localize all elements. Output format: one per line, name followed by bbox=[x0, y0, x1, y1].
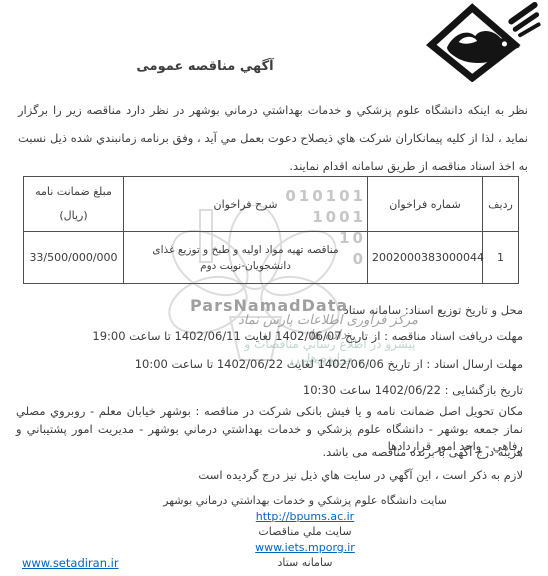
university-site-link[interactable]: http://bpums.ac.ir bbox=[256, 510, 354, 523]
page-title: آگهي مناقصه عمومی bbox=[0, 59, 410, 74]
intro-paragraph: نظر به اینکه دانشگاه علوم پزشکي و خدمات … bbox=[18, 96, 528, 180]
tender-table: ردیف شماره فراخوان شرح فراخوان مبلغ ضمان… bbox=[23, 176, 519, 284]
send-deadline-line: مهلت ارسال اسناد : از تاریخ 1402/06/06 ل… bbox=[135, 357, 523, 371]
guarantee-header-line1: مبلغ ضمانت نامه bbox=[28, 180, 119, 204]
table-row: 1 2002000383000044 مناقصه تهیه مواد اولی… bbox=[24, 232, 519, 284]
setad-site-label: سامانه ستاد bbox=[85, 555, 525, 571]
opening-date-line: تاریخ بازگشایی : 1402/06/22 ساعت 10:30 bbox=[303, 383, 523, 397]
receive-deadline-line: مهلت دریافت اسناد مناقصه : از تاریخ 1402… bbox=[92, 329, 523, 343]
distribution-line: محل و تاریخ توزیع اسناد: سامانه ستاد bbox=[344, 303, 523, 317]
col-header-description: شرح فراخوان bbox=[124, 177, 368, 232]
col-header-row-number: ردیف bbox=[483, 177, 519, 232]
table-header-row: ردیف شماره فراخوان شرح فراخوان مبلغ ضمان… bbox=[24, 177, 519, 232]
col-header-guarantee: مبلغ ضمانت نامه (ریال) bbox=[24, 177, 124, 232]
bird-diamond-logo-icon bbox=[424, 2, 542, 82]
cell-guarantee-amount: 33/500/000/000 bbox=[24, 232, 124, 284]
header-logo bbox=[424, 2, 542, 82]
tender-announcement-page: 010101 1001 10 0 ParsNamadData مرکز فرآو… bbox=[0, 0, 548, 576]
cell-description: مناقصه تهیه مواد اولیه و طبخ و توزیع غذا… bbox=[124, 232, 368, 284]
cost-note-line: هزینه درج آگهی با برنده مناقصه می باشد. bbox=[322, 445, 523, 459]
setadiran-link[interactable]: www.setadiran.ir bbox=[22, 556, 119, 570]
cell-call-number: 2002000383000044 bbox=[368, 232, 483, 284]
published-sites-list: سایت دانشگاه علوم پزشکي و خدمات بهداشتي … bbox=[85, 493, 525, 571]
national-site-link[interactable]: www.iets.mporg.ir bbox=[255, 541, 355, 554]
publish-note-line: لازم به ذکر است ، این آگهي در سایت هاي ذ… bbox=[198, 468, 523, 482]
national-site-label: سایت ملي مناقصات bbox=[85, 524, 525, 540]
cell-row-number: 1 bbox=[483, 232, 519, 284]
university-site-label: سایت دانشگاه علوم پزشکي و خدمات بهداشتي … bbox=[85, 493, 525, 509]
guarantee-header-line2: (ریال) bbox=[28, 204, 119, 228]
col-header-call-number: شماره فراخوان bbox=[368, 177, 483, 232]
